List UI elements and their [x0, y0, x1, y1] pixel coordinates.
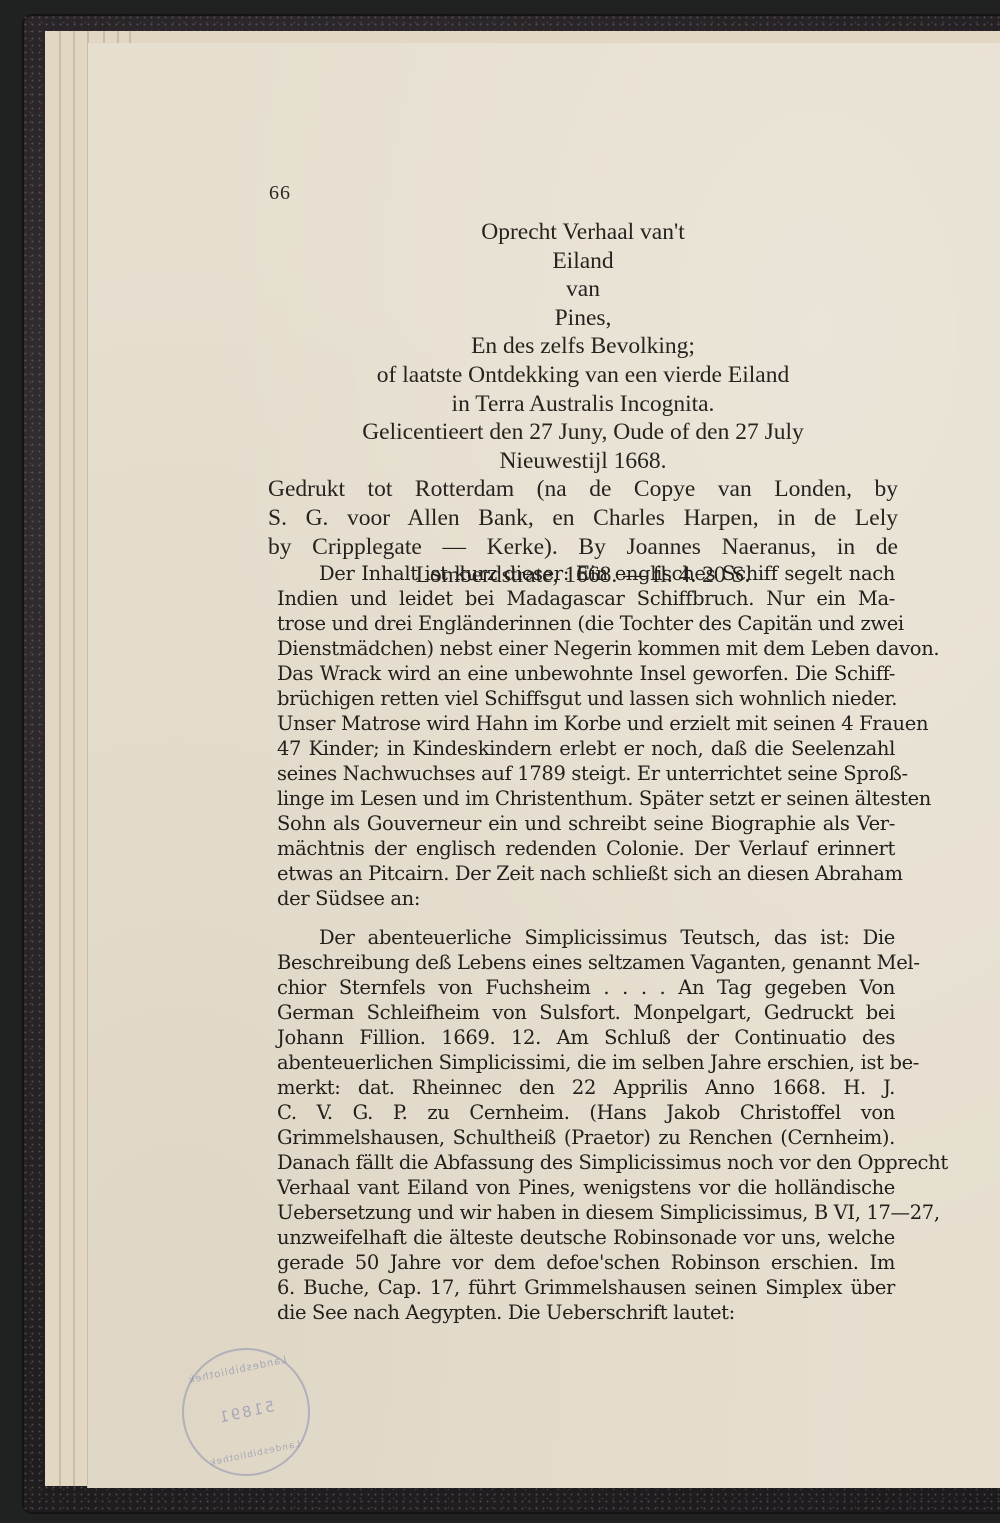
paragraph-summary: Der Inhalt ist kurz dieser: Ein englisch… — [277, 561, 895, 911]
text-line: Sohn als Gouverneur ein und schreibt sei… — [277, 811, 895, 836]
title-line: Nieuwestijl 1668. — [268, 447, 898, 476]
imprint-line: Gedrukt tot Rotterdam (na de Copye van L… — [268, 475, 898, 504]
text-line: C. V. G. P. zu Cernheim. (Hans Jakob Chr… — [277, 1100, 895, 1125]
title-line: of laatste Ontdekking van een vierde Eil… — [268, 361, 898, 390]
text-line: Verhaal vant Eiland von Pines, wenigsten… — [277, 1175, 895, 1200]
imprint-line: S. G. voor Allen Bank, en Charles Harpen… — [268, 504, 898, 533]
text-line: trose und drei Engländerinnen (die Tocht… — [277, 611, 895, 636]
text-line: German Schleifheim von Sulsfort. Monpelg… — [277, 1000, 895, 1025]
text-line: die See nach Aegypten. Die Ueberschrift … — [277, 1300, 895, 1325]
text-line: Danach fällt die Abfassung des Simplicis… — [277, 1150, 895, 1175]
text-line: unzweifelhaft die älteste deutsche Robin… — [277, 1225, 895, 1250]
text-line: Der Inhalt ist kurz dieser: Ein englisch… — [277, 561, 895, 586]
text-line: Unser Matrose wird Hahn im Korbe und erz… — [277, 711, 895, 736]
text-line: etwas an Pitcairn. Der Zeit nach schließ… — [277, 861, 895, 886]
text-line: merkt: dat. Rheinnec den 22 Apprilis Ann… — [277, 1075, 895, 1100]
text-line: der Südsee an: — [277, 886, 895, 911]
text-line: Der abenteuerliche Simplicissimus Teutsc… — [277, 925, 895, 950]
imprint-line: by Cripplegate — Kerke). By Joannes Naer… — [268, 533, 898, 562]
title-line: Oprecht Verhaal van't — [268, 218, 898, 247]
title-line: Gelicentieert den 27 Juny, Oude of den 2… — [268, 418, 898, 447]
text-line: Indien und leidet bei Madagascar Schiffb… — [277, 586, 895, 611]
text-line: chior Sternfels von Fuchsheim . . . . An… — [277, 975, 895, 1000]
title-line: van — [268, 275, 898, 304]
text-line: Dienstmädchen) nebst einer Negerin komme… — [277, 636, 895, 661]
text-line: linge im Lesen und im Christenthum. Spät… — [277, 786, 895, 811]
text-line: 47 Kinder; in Kindeskindern erlebt er no… — [277, 736, 895, 761]
text-line: Beschreibung deß Lebens eines seltzamen … — [277, 950, 895, 975]
text-line: gerade 50 Jahre vor dem defoe'schen Robi… — [277, 1250, 895, 1275]
text-line: Uebersetzung und wir haben in diesem Sim… — [277, 1200, 895, 1225]
text-line: mächtnis der englisch redenden Colonie. … — [277, 836, 895, 861]
paragraph-simplicissimus: Der abenteuerliche Simplicissimus Teutsc… — [277, 925, 895, 1325]
text-line: Grimmelshausen, Schultheiß (Praetor) zu … — [277, 1125, 895, 1150]
title-line: Eiland — [268, 247, 898, 276]
bibliographic-title-block: Oprecht Verhaal van't Eiland van Pines, … — [268, 218, 898, 590]
text-line: Das Wrack wird an eine unbewohnte Insel … — [277, 661, 895, 686]
title-line: Pines, — [268, 304, 898, 333]
page-edge — [59, 31, 61, 1486]
title-line: in Terra Australis Incognita. — [268, 390, 898, 419]
text-line: abenteuerlichen Simplicissimi, die im se… — [277, 1050, 895, 1075]
title-line: En des zelfs Bevolking; — [268, 332, 898, 361]
text-line: seines Nachwuchses auf 1789 steigt. Er u… — [277, 761, 895, 786]
stamp-number: 51891 — [216, 1397, 276, 1427]
text-line: brüchigen retten viel Schiffsgut und las… — [277, 686, 895, 711]
page-number: 66 — [269, 182, 291, 205]
text-line: Johann Fillion. 1669. 12. Am Schluß der … — [277, 1025, 895, 1050]
text-line: 6. Buche, Cap. 17, führt Grimmelshausen … — [277, 1275, 895, 1300]
page-edge — [73, 31, 75, 1486]
